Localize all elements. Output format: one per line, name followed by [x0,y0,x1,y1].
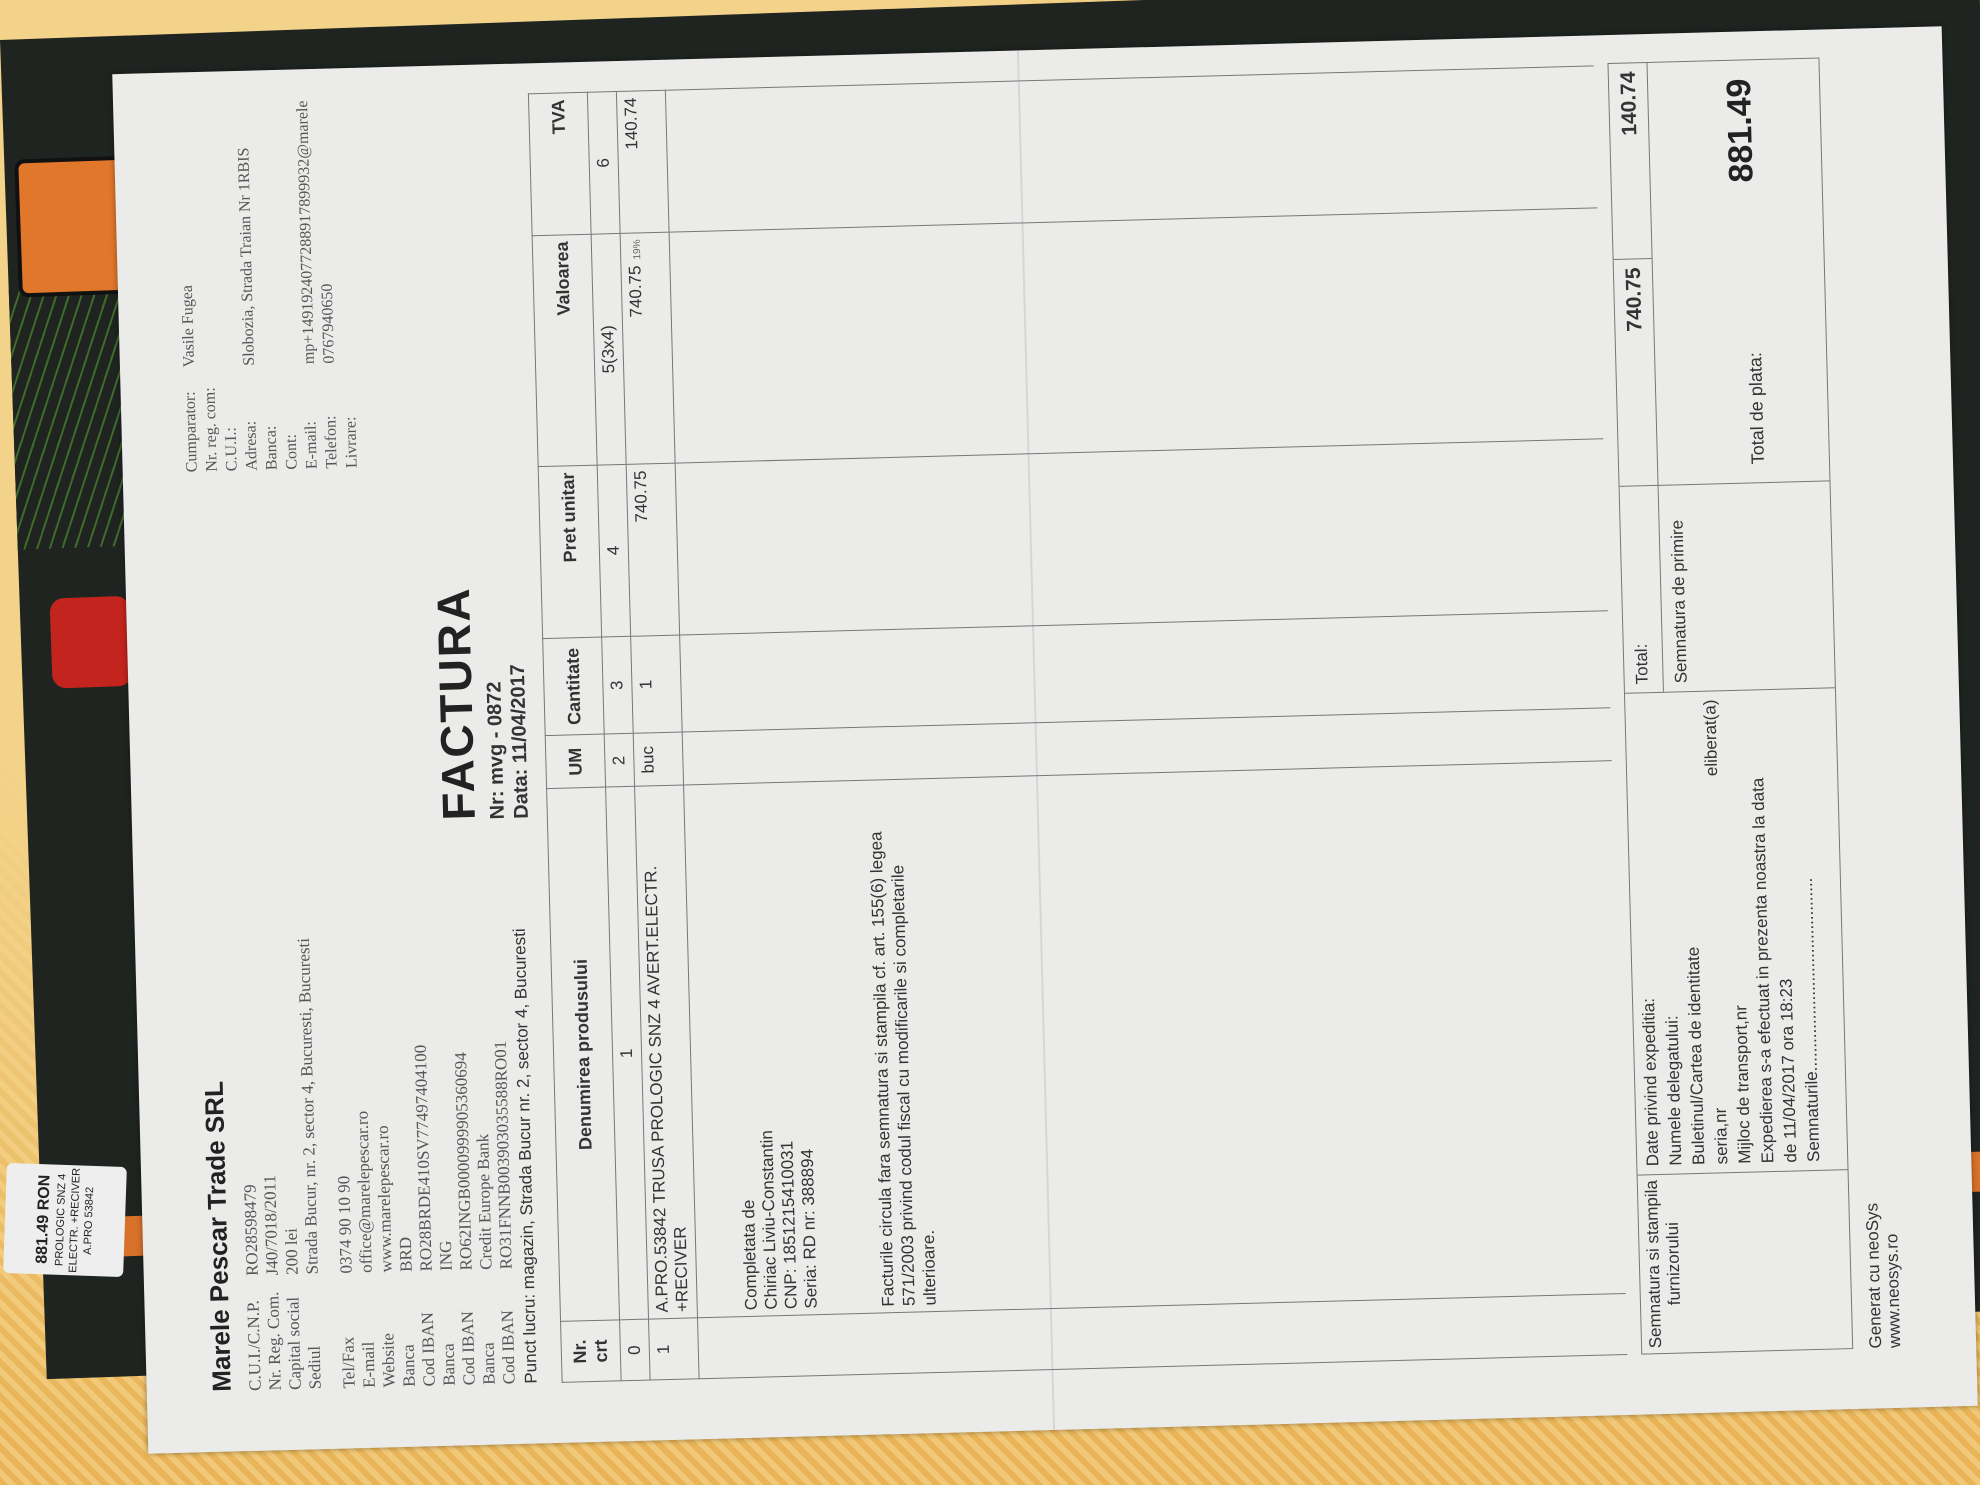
id-series: seria,nr [1709,1107,1733,1164]
supplier-name: Marele Pescar Trade SRL [192,832,238,1393]
amount-due-value: 881.49 [1720,78,1762,183]
invoice-footer: Semnatura si stampila furnizorului Date … [1607,57,1853,1354]
generated-by: Generat cu neoSys www.neosys.ro [1862,1202,1904,1348]
cell-nr: 1 [649,1318,700,1380]
supplier-block: Marele Pescar Trade SRL C.U.I./C.N.P.RO2… [192,824,542,1393]
price-tag-line2: ELECTR. +RECIVER [67,1168,83,1273]
field-label: C.U.I.: [220,366,243,471]
cell-um: buc [633,732,683,786]
legal-note: Facturile circula fara semnatura si stam… [864,785,941,1306]
generator-url: www.neosys.ro [1881,1202,1904,1348]
price-tag: 881.49 RON PROLOGIC SNZ 4 ELECTR. +RECIV… [3,1163,127,1277]
column-index: 3 [602,636,634,735]
cell-vat: 140.74 [616,90,669,233]
buyer-block: Cumparator:Vasile FugeaNr. reg. com:C.U.… [172,48,363,473]
cell-qty: 1 [631,635,683,734]
field-label: Banca: [260,365,283,470]
field-label: Adresa: [240,365,263,470]
field-label: Nr. reg. com: [200,366,223,471]
cell-name-text: A.PRO.53842 TRUSA PROLOGIC SNZ 4 AVERT.E… [641,866,692,1313]
total-label: Total: [1620,485,1663,693]
table-body-fill: Completata deChiriac Liviu-ConstantinCNP… [665,66,1627,1379]
invoice-title: FACTURA [426,586,486,821]
id-issued: eliberat(a) [1698,699,1723,776]
invoice-date: Data: 11/04/2017 [504,585,534,819]
field-label: Sediul [303,1274,326,1389]
column-header: Valoarea [532,234,597,467]
generator-name: Generat cu neoSys [1862,1203,1885,1349]
field-label: Cumparator: [180,367,203,472]
cell-nr-text: 1 [654,1344,673,1354]
expedition-details: Date privind expeditia: Numele delegatul… [1625,687,1848,1174]
invoice-heading: FACTURA Nr: mvg - 0872 Data: 11/04/2017 [426,585,534,821]
cell-vat-text: 140.74 [621,97,641,149]
column-header: Nr. crt [561,1320,622,1382]
field-label: Cod IBAN [497,1269,520,1384]
column-header: UM [545,735,605,789]
total-value: 740.75 [1614,258,1658,486]
supplier-stamp-label: Semnatura si stampila furnizorului [1638,1169,1853,1353]
price-tag-price: 881.49 RON [33,1175,54,1265]
completed-by: Completata deChiriac Liviu-ConstantinCNP… [728,789,822,1311]
column-header: Cantitate [543,637,605,736]
column-index: 4 [597,464,630,636]
amount-due: Total de plata: 881.49 [1647,59,1829,485]
column-header: Pret unitar [538,465,601,638]
invoice-photo: Marele Pescar Trade SRL C.U.I./C.N.P.RO2… [125,45,1965,1435]
column-index: 2 [604,734,634,788]
total-vat: 140.74 [1608,63,1651,259]
field-label: Livrare: [340,363,363,468]
field-label: Telefon: [320,363,343,468]
vat-rate: 19% [632,239,644,259]
cell-price: 740.75 [626,463,679,636]
cell-value-text: 740.75 [625,265,645,317]
price-tag-code: A.PRO 53842 [82,1187,96,1255]
receipt-signature-label: Semnatura de primire [1659,480,1835,691]
items-table: Nr. crtDenumirea produsuluiUMCantitatePr… [528,65,1627,1382]
column-header: TVA [528,92,591,235]
price-tag-line1: PROLOGIC SNZ 4 [53,1174,68,1267]
cell-qty-text: 1 [636,680,655,690]
column-index: 0 [620,1319,651,1380]
cell-price-text: 740.75 [631,470,651,522]
invoice-sheet: Marele Pescar Trade SRL C.U.I./C.N.P.RO2… [112,26,1977,1453]
cell-um-text: buc [638,746,658,774]
cell-value: 740.7519% [620,232,675,464]
column-index: 6 [587,91,620,234]
field-label: Cont: [280,364,303,469]
field-label: E-mail: [300,364,323,469]
amount-due-label: Total de plata: [1745,352,1769,465]
box-artwork-red-part [50,596,133,689]
